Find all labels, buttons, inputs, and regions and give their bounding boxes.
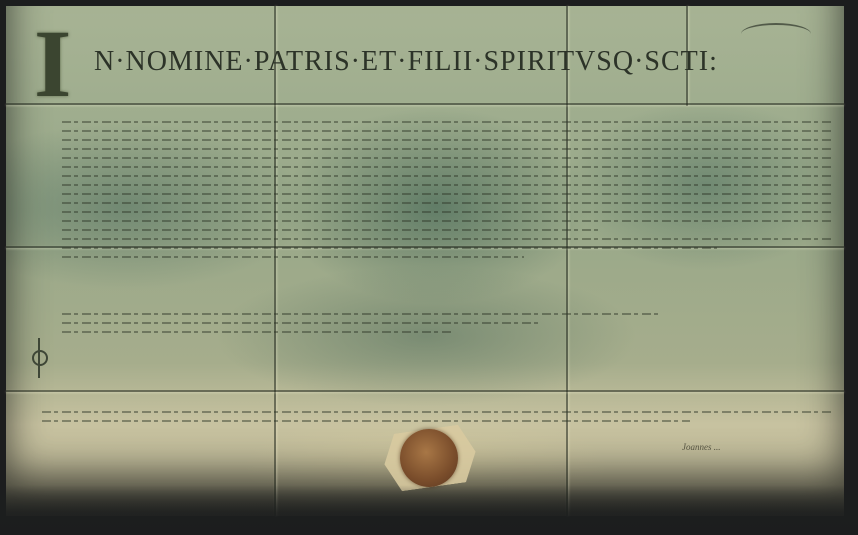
notary-signum-icon (28, 338, 50, 378)
photo-shadow (0, 485, 858, 535)
fold-line (6, 390, 844, 392)
fold-line (6, 103, 844, 105)
document-heading: N·NOMINE·PATRIS·ET·FILII·SPIRITVSQ·SCTI: (94, 46, 814, 78)
flourish-ornament (741, 23, 811, 45)
body-text-block (62, 114, 832, 265)
body-text-block (62, 306, 662, 340)
decorated-initial: I (34, 14, 94, 124)
seal-wax-icon (400, 429, 458, 487)
notary-signature: Joannes ... (682, 442, 721, 452)
wax-seal (378, 423, 482, 493)
